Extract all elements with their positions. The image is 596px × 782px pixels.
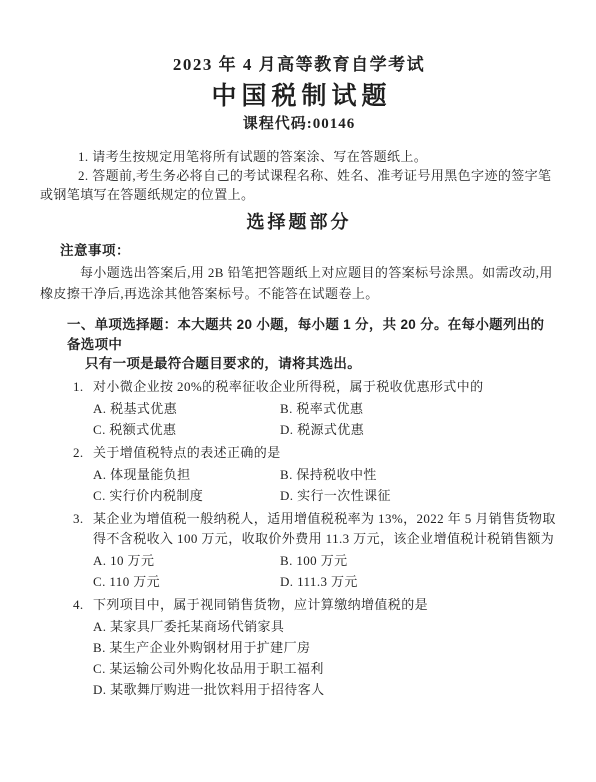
question-number: 2. [73, 443, 93, 463]
question-item-4: 4. 下列项目中，属于视同销售货物，应计算缴纳增值税的是 A. 某家具厂委托某商… [40, 595, 558, 700]
question-1-line: 1. 对小微企业按 20%的税率征收企业所得税，属于税收优惠形式中的 [73, 377, 558, 397]
question-text: 下列项目中，属于视同销售货物，应计算缴纳增值税的是 [93, 595, 558, 615]
notice-body: 每小题选出答案后,用 2B 铅笔把答题纸上对应题目的答案标号涂黑。如需改动,用橡… [40, 262, 558, 304]
choice-section-heading: 选择题部分 [40, 210, 558, 234]
question-text: 某企业为增值税一般纳税人，适用增值税税率为 13%，2022 年 5 月销售货物… [93, 509, 558, 549]
question-4-line: 4. 下列项目中，属于视同销售货物，应计算缴纳增值税的是 [73, 595, 558, 615]
option-b: B. 保持税收中性 [280, 464, 558, 485]
exam-session-title: 2023 年 4 月高等教育自学考试 [40, 54, 558, 76]
question-1-options: A. 税基式优惠 B. 税率式优惠 C. 税额式优惠 D. 税源式优惠 [93, 398, 558, 440]
question-2-options: A. 体现量能负担 B. 保持税收中性 C. 实行价内税制度 D. 实行一次性课… [93, 464, 558, 506]
option-d: D. 税源式优惠 [280, 419, 558, 440]
option-b: B. 税率式优惠 [280, 398, 558, 419]
option-a: A. 税基式优惠 [93, 398, 280, 419]
option-b: B. 某生产企业外购钢材用于扩建厂房 [93, 637, 558, 658]
option-a: A. 体现量能负担 [93, 464, 280, 485]
option-b: B. 100 万元 [280, 550, 558, 571]
question-number: 1. [73, 377, 93, 397]
question-4-options: A. 某家具厂委托某商场代销家具 B. 某生产企业外购钢材用于扩建厂房 C. 某… [93, 616, 558, 700]
question-number: 3. [73, 509, 93, 549]
option-a: A. 某家具厂委托某商场代销家具 [93, 616, 558, 637]
option-d: D. 实行一次性课征 [280, 485, 558, 506]
question-item-1: 1. 对小微企业按 20%的税率征收企业所得税，属于税收优惠形式中的 A. 税基… [40, 377, 558, 440]
notice-title: 注意事项： [60, 241, 558, 260]
question-text: 对小微企业按 20%的税率征收企业所得税，属于税收优惠形式中的 [93, 377, 558, 397]
option-c: C. 实行价内税制度 [93, 485, 280, 506]
part-one-header-line2: 只有一项是最符合题目要求的，请将其选出。 [85, 354, 558, 374]
course-code: 课程代码:00146 [40, 115, 558, 134]
option-c: C. 某运输公司外购化妆品用于职工福利 [93, 658, 558, 679]
question-number: 4. [73, 595, 93, 615]
option-c: C. 110 万元 [93, 571, 280, 592]
question-2-line: 2. 关于增值税特点的表述正确的是 [73, 443, 558, 463]
instruction-note-1: 1. 请考生按规定用笔将所有试题的答案涂、写在答题纸上。 [40, 147, 558, 166]
question-item-2: 2. 关于增值税特点的表述正确的是 A. 体现量能负担 B. 保持税收中性 C.… [40, 443, 558, 506]
question-text: 关于增值税特点的表述正确的是 [93, 443, 558, 463]
part-one-header: 一、单项选择题：本大题共 20 小题，每小题 1 分，共 20 分。在每小题列出… [40, 315, 558, 374]
question-3-options: A. 10 万元 B. 100 万元 C. 110 万元 D. 111.3 万元 [93, 550, 558, 592]
question-item-3: 3. 某企业为增值税一般纳税人，适用增值税税率为 13%，2022 年 5 月销… [40, 509, 558, 592]
exam-subject-title: 中国税制试题 [40, 81, 558, 111]
question-3-line: 3. 某企业为增值税一般纳税人，适用增值税税率为 13%，2022 年 5 月销… [73, 509, 558, 549]
option-d: D. 111.3 万元 [280, 571, 558, 592]
option-a: A. 10 万元 [93, 550, 280, 571]
part-one-header-line1: 一、单项选择题：本大题共 20 小题，每小题 1 分，共 20 分。在每小题列出… [67, 315, 558, 354]
exam-paper-page: 2023 年 4 月高等教育自学考试 中国税制试题 课程代码:00146 1. … [0, 0, 596, 782]
instruction-note-2: 2. 答题前,考生务必将自己的考试课程名称、姓名、准考证号用黑色字迹的签字笔或钢… [40, 166, 558, 204]
question-list: 1. 对小微企业按 20%的税率征收企业所得税，属于税收优惠形式中的 A. 税基… [40, 377, 558, 700]
option-d: D. 某歌舞厅购进一批饮料用于招待客人 [93, 679, 558, 700]
option-c: C. 税额式优惠 [93, 419, 280, 440]
